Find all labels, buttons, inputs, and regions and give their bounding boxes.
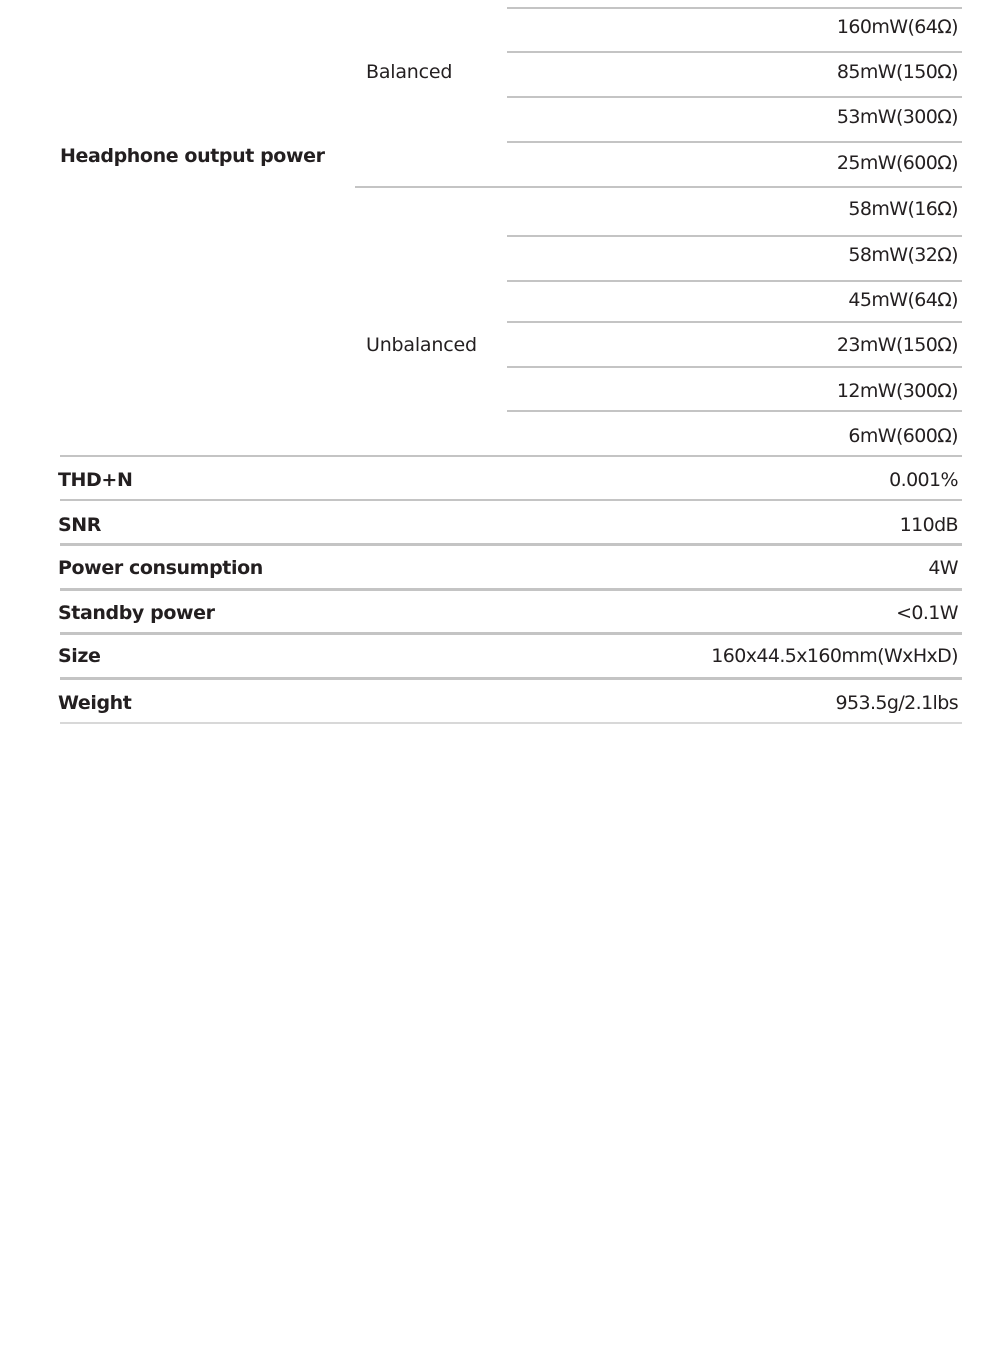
balanced-value: 85mW(150Ω) — [837, 63, 958, 82]
spec-value: 160x44.5x160mm(WxHxD) — [711, 647, 958, 666]
spec-label: Size — [58, 647, 101, 666]
spec-value: 110dB — [900, 516, 958, 535]
divider — [507, 280, 962, 282]
divider — [507, 96, 962, 98]
divider — [507, 366, 962, 368]
balanced-value: 53mW(300Ω) — [837, 108, 958, 127]
unbalanced-value: 45mW(64Ω) — [848, 291, 958, 310]
spec-value: 0.001% — [889, 471, 958, 490]
balanced-value: 160mW(64Ω) — [837, 18, 958, 37]
divider — [60, 543, 962, 546]
divider — [507, 235, 962, 237]
unbalanced-label: Unbalanced — [366, 336, 477, 355]
spec-value: 4W — [928, 559, 958, 578]
spec-label: Power consumption — [58, 559, 263, 578]
spec-label: Standby power — [58, 604, 215, 623]
divider — [60, 499, 962, 501]
divider — [60, 455, 962, 457]
unbalanced-value: 23mW(150Ω) — [837, 336, 958, 355]
divider — [507, 410, 962, 412]
balanced-label: Balanced — [366, 63, 452, 82]
unbalanced-value: 58mW(16Ω) — [848, 200, 958, 219]
unbalanced-value: 58mW(32Ω) — [848, 246, 958, 265]
spec-value: <0.1W — [896, 604, 958, 623]
divider — [507, 321, 962, 323]
divider — [507, 141, 962, 143]
spec-label: THD+N — [58, 471, 132, 490]
spec-label: SNR — [58, 516, 101, 535]
divider — [60, 588, 962, 591]
divider — [60, 677, 962, 680]
unbalanced-value: 6mW(600Ω) — [848, 427, 958, 446]
divider — [355, 186, 962, 188]
divider — [507, 7, 962, 9]
spec-label: Weight — [58, 694, 132, 713]
unbalanced-value: 12mW(300Ω) — [837, 382, 958, 401]
spec-label-headphone-output: Headphone output power — [60, 147, 325, 166]
divider — [60, 722, 962, 724]
divider — [507, 51, 962, 53]
spec-value: 953.5g/2.1lbs — [835, 694, 958, 713]
divider — [60, 632, 962, 635]
balanced-value: 25mW(600Ω) — [837, 154, 958, 173]
